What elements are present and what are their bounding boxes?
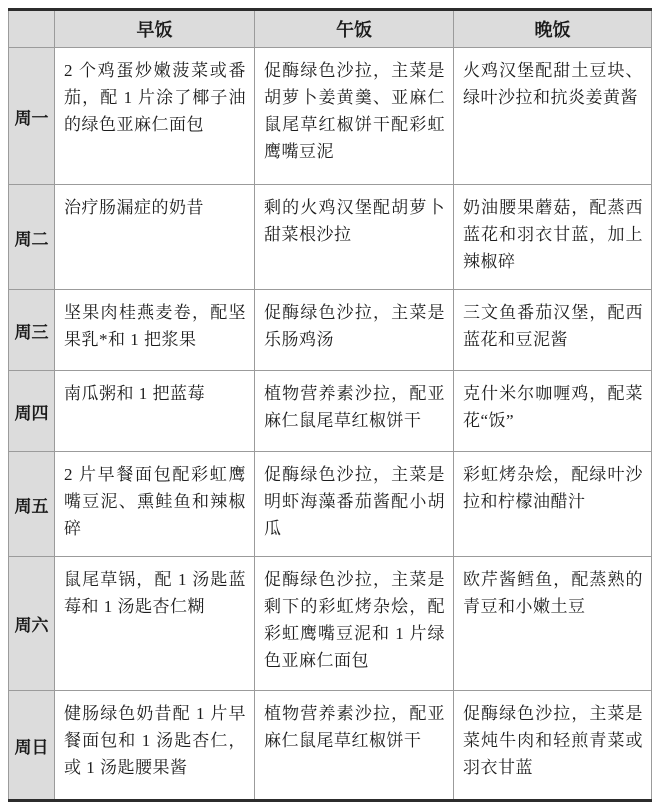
- lunch-cell: 植物营养素沙拉，配亚麻仁鼠尾草红椒饼干: [255, 371, 454, 452]
- lunch-cell: 促酶绿色沙拉，主菜是明虾海藻番茄酱配小胡瓜: [255, 452, 454, 557]
- day-label: 周一: [9, 48, 55, 185]
- dinner-cell: 促酶绿色沙拉，主菜是菜炖牛肉和轻煎青菜或羽衣甘蓝: [454, 691, 652, 801]
- dinner-cell: 彩虹烤杂烩，配绿叶沙拉和柠檬油醋汁: [454, 452, 652, 557]
- dinner-cell: 奶油腰果蘑菇，配蒸西蓝花和羽衣甘蓝，加上辣椒碎: [454, 185, 652, 290]
- breakfast-cell: 坚果肉桂燕麦卷，配坚果乳*和 1 把浆果: [55, 290, 255, 371]
- header-lunch: 午饭: [255, 10, 454, 48]
- table-row-sunday: 周日 健肠绿色奶昔配 1 片早餐面包和 1 汤匙杏仁，或 1 汤匙腰果酱 植物营…: [9, 691, 652, 801]
- breakfast-cell: 2 个鸡蛋炒嫩菠菜或番茄，配 1 片涂了椰子油的绿色亚麻仁面包: [55, 48, 255, 185]
- day-label: 周二: [9, 185, 55, 290]
- lunch-cell: 剩的火鸡汉堡配胡萝卜甜菜根沙拉: [255, 185, 454, 290]
- table-row-friday: 周五 2 片早餐面包配彩虹鹰嘴豆泥、熏鲑鱼和辣椒碎 促酶绿色沙拉，主菜是明虾海藻…: [9, 452, 652, 557]
- table-row-saturday: 周六 鼠尾草锅，配 1 汤匙蓝莓和 1 汤匙杏仁糊 促酶绿色沙拉，主菜是剩下的彩…: [9, 557, 652, 691]
- breakfast-cell: 2 片早餐面包配彩虹鹰嘴豆泥、熏鲑鱼和辣椒碎: [55, 452, 255, 557]
- breakfast-cell: 鼠尾草锅，配 1 汤匙蓝莓和 1 汤匙杏仁糊: [55, 557, 255, 691]
- table-row-thursday: 周四 南瓜粥和 1 把蓝莓 植物营养素沙拉，配亚麻仁鼠尾草红椒饼干 克什米尔咖喱…: [9, 371, 652, 452]
- header-breakfast: 早饭: [55, 10, 255, 48]
- day-label: 周五: [9, 452, 55, 557]
- weekly-meal-plan-table: 早饭 午饭 晚饭 周一 2 个鸡蛋炒嫩菠菜或番茄，配 1 片涂了椰子油的绿色亚麻…: [8, 8, 652, 802]
- dinner-cell: 欧芹酱鳕鱼，配蒸熟的青豆和小嫩土豆: [454, 557, 652, 691]
- table-row-tuesday: 周二 治疗肠漏症的奶昔 剩的火鸡汉堡配胡萝卜甜菜根沙拉 奶油腰果蘑菇，配蒸西蓝花…: [9, 185, 652, 290]
- header-row: 早饭 午饭 晚饭: [9, 10, 652, 48]
- lunch-cell: 促酶绿色沙拉，主菜是剩下的彩虹烤杂烩，配彩虹鹰嘴豆泥和 1 片绿色亚麻仁面包: [255, 557, 454, 691]
- lunch-cell: 植物营养素沙拉，配亚麻仁鼠尾草红椒饼干: [255, 691, 454, 801]
- header-dinner: 晚饭: [454, 10, 652, 48]
- header-day-blank: [9, 10, 55, 48]
- breakfast-cell: 健肠绿色奶昔配 1 片早餐面包和 1 汤匙杏仁，或 1 汤匙腰果酱: [55, 691, 255, 801]
- dinner-cell: 三文鱼番茄汉堡，配西蓝花和豆泥酱: [454, 290, 652, 371]
- table-row-monday: 周一 2 个鸡蛋炒嫩菠菜或番茄，配 1 片涂了椰子油的绿色亚麻仁面包 促酶绿色沙…: [9, 48, 652, 185]
- dinner-cell: 火鸡汉堡配甜土豆块、绿叶沙拉和抗炎姜黄酱: [454, 48, 652, 185]
- lunch-cell: 促酶绿色沙拉，主菜是乐肠鸡汤: [255, 290, 454, 371]
- day-label: 周六: [9, 557, 55, 691]
- dinner-cell: 克什米尔咖喱鸡，配菜花“饭”: [454, 371, 652, 452]
- lunch-cell: 促酶绿色沙拉，主菜是胡萝卜姜黄羹、亚麻仁鼠尾草红椒饼干配彩虹鹰嘴豆泥: [255, 48, 454, 185]
- day-label: 周日: [9, 691, 55, 801]
- breakfast-cell: 南瓜粥和 1 把蓝莓: [55, 371, 255, 452]
- table-row-wednesday: 周三 坚果肉桂燕麦卷，配坚果乳*和 1 把浆果 促酶绿色沙拉，主菜是乐肠鸡汤 三…: [9, 290, 652, 371]
- breakfast-cell: 治疗肠漏症的奶昔: [55, 185, 255, 290]
- day-label: 周四: [9, 371, 55, 452]
- day-label: 周三: [9, 290, 55, 371]
